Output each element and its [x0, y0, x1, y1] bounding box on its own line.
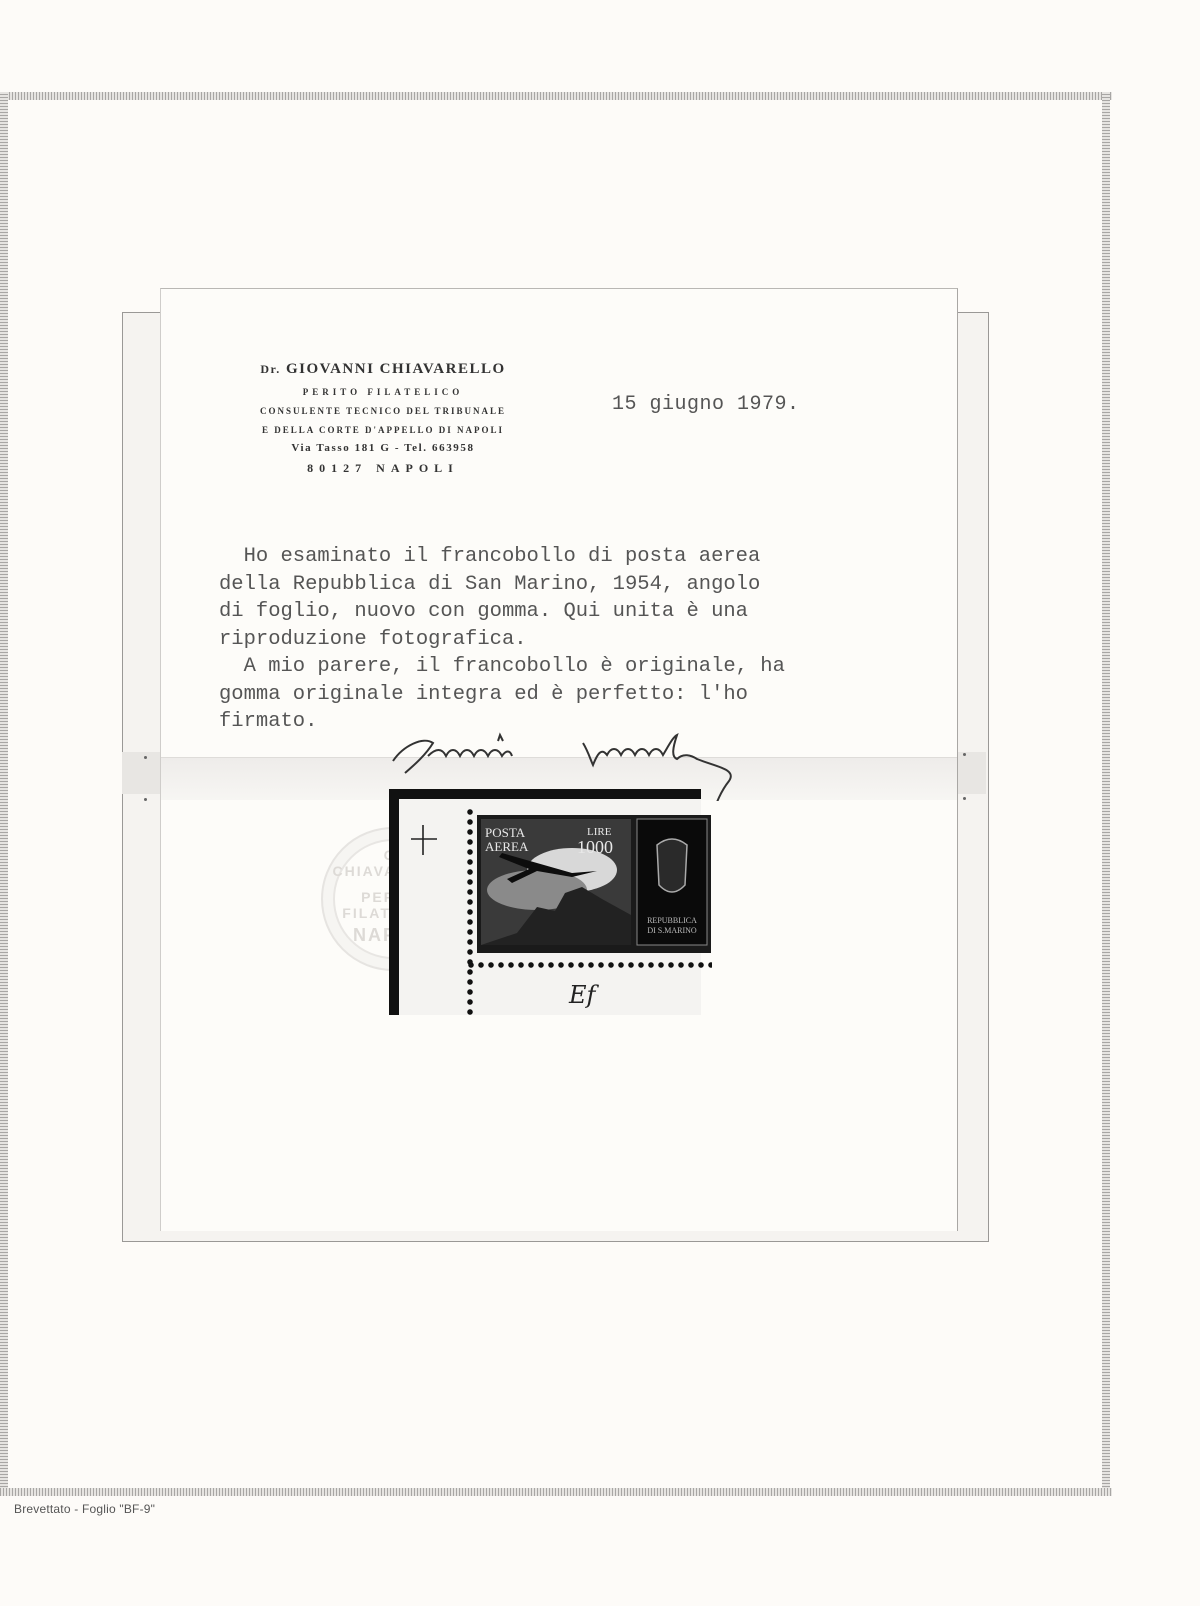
perforation-left: [466, 807, 474, 1017]
letterhead-address: Via Tasso 181 G - Tel. 663958: [233, 442, 533, 454]
certificate-body: Ho esaminato il francobollo di posta aer…: [219, 543, 909, 736]
certificate-date: 15 giugno 1979.: [612, 393, 800, 416]
mount-pin-dot: [144, 798, 147, 801]
sheet-corner-cross-mark: [409, 823, 439, 857]
page-frame-right: [1102, 92, 1110, 1496]
certificate-body-line: della Repubblica di San Marino, 1954, an…: [219, 571, 909, 599]
letterhead-line2: E DELLA CORTE D'APPELLO DI NAPOLI: [233, 425, 533, 435]
page-frame-left: [0, 92, 8, 1496]
mount-pin-dot: [963, 753, 966, 756]
mount-pin-dot: [144, 756, 147, 759]
page-frame-bottom: [0, 1488, 1112, 1496]
letterhead: Dr. GIOVANNI CHIAVARELLO PERITO FILATELI…: [233, 361, 533, 476]
svg-text:1000: 1000: [577, 837, 613, 857]
svg-text:DI S.MARINO: DI S.MARINO: [647, 926, 697, 935]
letterhead-city: 80127 NAPOLI: [233, 461, 533, 476]
expert-profession: PERITO FILATELICO: [233, 387, 533, 397]
airmail-stamp-image: POSTA AEREA LIRE 1000 REPUBBLICA DI S.MA…: [477, 815, 711, 953]
svg-text:AEREA: AEREA: [485, 839, 529, 854]
stamp-photograph: POSTA AEREA LIRE 1000 REPUBBLICA DI S.MA…: [389, 789, 701, 1015]
svg-text:POSTA: POSTA: [485, 825, 526, 840]
perforation-bottom: [466, 961, 712, 969]
certificate-body-line: riproduzione fotografica.: [219, 626, 909, 654]
page-frame-top: [0, 92, 1112, 100]
expert-name: Dr. GIOVANNI CHIAVARELLO: [233, 361, 533, 378]
certificate-body-line: Ho esaminato il francobollo di posta aer…: [219, 543, 909, 571]
certificate-body-line: A mio parere, il francobollo è originale…: [219, 653, 909, 681]
certificate-body-line: di foglio, nuovo con gomma. Qui unita è …: [219, 598, 909, 626]
letterhead-line1: CONSULENTE TECNICO DEL TRIBUNALE: [233, 406, 533, 416]
expert-certificate: Dr. GIOVANNI CHIAVARELLO PERITO FILATELI…: [160, 288, 958, 1231]
certificate-body-line: gomma originale integra ed è perfetto: l…: [219, 681, 909, 709]
album-footer-label: Brevettato - Foglio "BF-9": [14, 1502, 155, 1516]
svg-text:REPUBBLICA: REPUBBLICA: [647, 916, 697, 925]
mount-pin-dot: [963, 797, 966, 800]
mount-fold-right: [956, 752, 986, 794]
mount-fold-left: [122, 752, 162, 794]
expert-initials-mark: Ef: [569, 981, 595, 1009]
